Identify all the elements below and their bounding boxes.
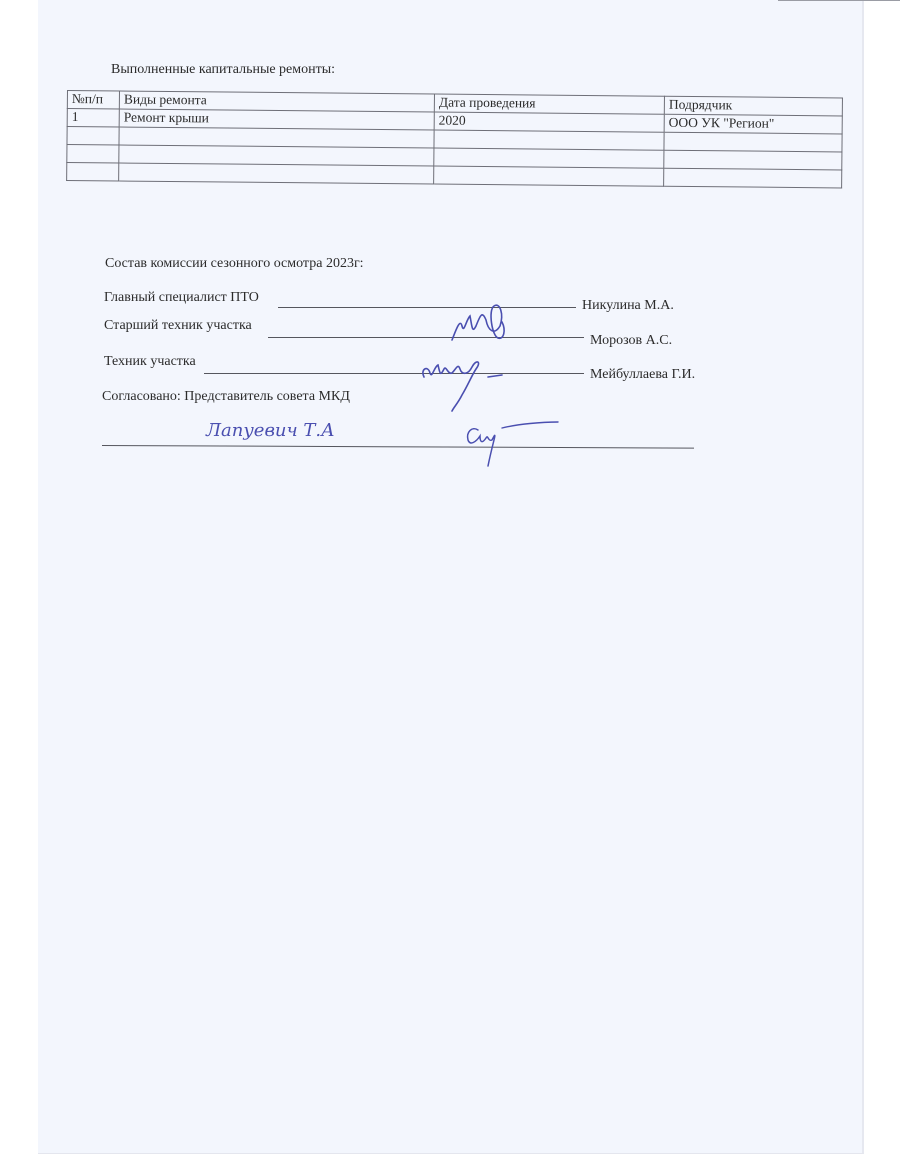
document-page: Выполненные капитальные ремонты: №п/п Ви…	[38, 0, 864, 1154]
commission-member-row: Техник участка	[104, 354, 196, 370]
member-name: Мейбуллаева Г.И.	[590, 367, 695, 383]
member-name: Морозов А.С.	[590, 333, 672, 349]
approval-row: Согласовано: Представитель совета МКД	[102, 389, 350, 405]
approval-label: Согласовано: Представитель совета МКД	[102, 389, 350, 405]
cell-number	[67, 127, 119, 145]
repairs-table: №п/п Виды ремонта Дата проведения Подряд…	[66, 90, 843, 188]
repairs-section-title: Выполненные капитальные ремонты:	[111, 62, 335, 78]
cell-repair-type	[119, 163, 434, 184]
member-role: Главный специалист ПТО	[104, 290, 259, 306]
cell-contractor	[664, 168, 842, 188]
cell-contractor	[664, 132, 842, 152]
cell-contractor: ООО УК "Регион"	[664, 114, 842, 134]
scan-edge	[778, 0, 900, 1]
approval-signature-line	[102, 445, 694, 449]
cell-number	[67, 145, 119, 163]
cell-contractor	[664, 150, 842, 170]
handwritten-representative-name: Лапуевич Т.А	[206, 420, 335, 441]
signature-icon	[448, 300, 518, 350]
member-name: Никулина М.А.	[582, 298, 674, 314]
signature-line	[268, 337, 584, 338]
commission-section-title: Состав комиссии сезонного осмотра 2023г:	[105, 256, 364, 272]
column-header-date: Дата проведения	[434, 94, 664, 114]
member-role: Техник участка	[104, 354, 196, 370]
signature-icon	[418, 355, 548, 415]
cell-date: 2020	[434, 112, 664, 132]
cell-date	[434, 130, 664, 150]
column-header-number: №п/п	[67, 91, 119, 109]
column-header-contractor: Подрядчик	[664, 96, 842, 116]
commission-member-row: Главный специалист ПТО	[104, 290, 259, 306]
signature-icon	[458, 418, 578, 473]
cell-date	[434, 166, 664, 186]
signature-line	[278, 307, 576, 308]
cell-number: 1	[67, 109, 119, 127]
member-role: Старший техник участка	[104, 318, 252, 334]
commission-member-row: Старший техник участка	[104, 318, 252, 334]
cell-number	[67, 163, 119, 181]
cell-date	[434, 148, 664, 168]
